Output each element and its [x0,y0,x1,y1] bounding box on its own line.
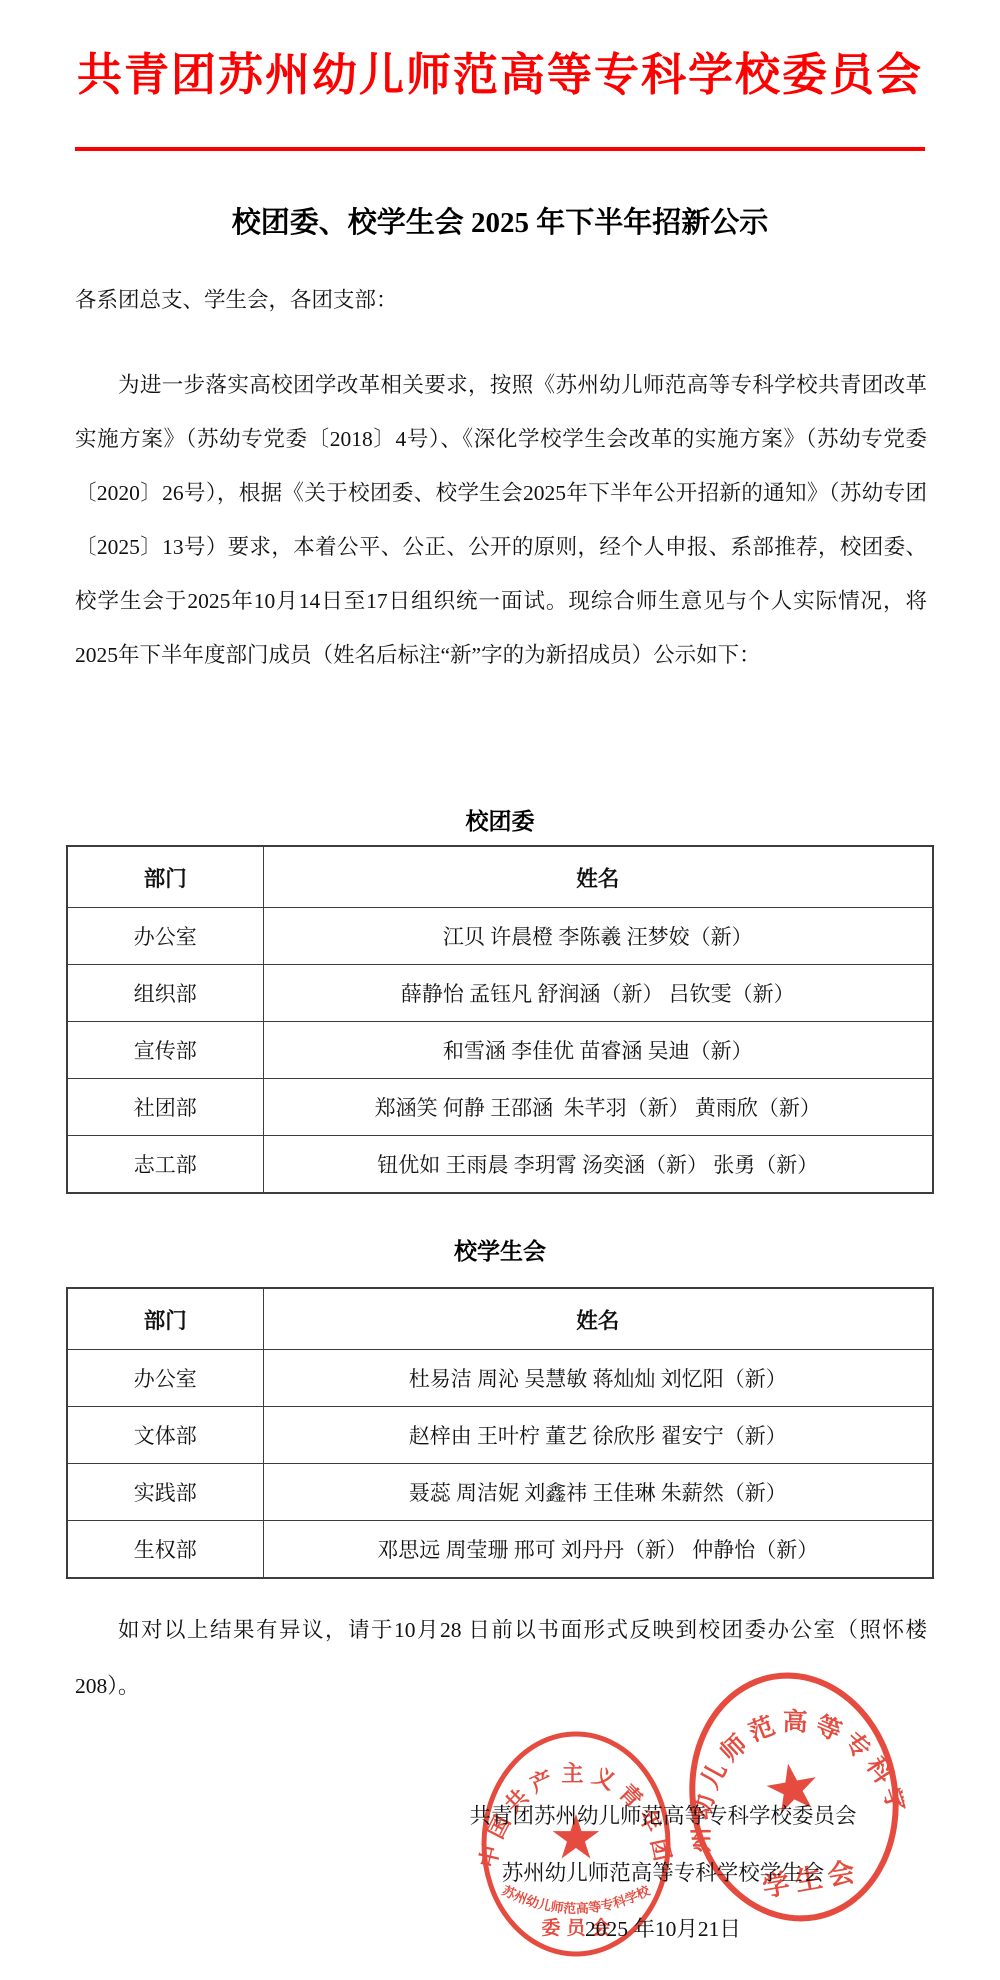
announcement-document: 共青团苏州幼儿师范高等专科学校委员会 校团委、校学生会 2025 年下半年招新公… [0,0,1000,1980]
letterhead-title: 共青团苏州幼儿师范高等专科学校委员会 [0,38,1000,103]
names-cell: 邓思远 周莹珊 邢可 刘丹丹（新） 仲静怡（新） [263,1521,933,1579]
table-header-row: 部门姓名 [67,1288,933,1350]
department-cell: 社团部 [67,1079,263,1136]
column-header: 部门 [67,1288,263,1350]
table-row: 志工部钮优如 王雨晨 李玥霄 汤奕涵（新） 张勇（新） [67,1136,933,1194]
table1-title: 校团委 [0,803,1000,836]
signature-org-line2: 苏州幼儿师范高等专科学校学生会 [330,1856,996,1887]
names-cell: 薛静怡 孟钰凡 舒润涵（新） 吕钦雯（新） [263,965,933,1022]
committee-roster-table: 部门姓名办公室江贝 许晨橙 李陈羲 汪梦姣（新）组织部薛静怡 孟钰凡 舒润涵（新… [66,845,934,1194]
table-header-row: 部门姓名 [67,846,933,908]
table-row: 办公室江贝 许晨橙 李陈羲 汪梦姣（新） [67,908,933,965]
department-cell: 组织部 [67,965,263,1022]
names-cell: 赵梓由 王叶柠 董艺 徐欣彤 翟安宁（新） [263,1407,933,1464]
department-cell: 文体部 [67,1407,263,1464]
salutation: 各系团总支、学生会，各团支部： [75,283,927,314]
column-header: 姓名 [263,846,933,908]
body-paragraph: 为进一步落实高校团学改革相关要求，按照《苏州幼儿师范高等专科学校共青团改革实施方… [75,358,927,682]
column-header: 姓名 [263,1288,933,1350]
student-union-seal: 苏州幼儿师范高等专科学校 ★ 学生会 [665,1651,923,1943]
document-title: 校团委、校学生会 2025 年下半年招新公示 [0,200,1000,241]
department-cell: 生权部 [67,1521,263,1579]
names-cell: 江贝 许晨橙 李陈羲 汪梦姣（新） [263,908,933,965]
table-row: 社团部郑涵笑 何静 王邵涵 朱芊羽（新） 黄雨欣（新） [67,1079,933,1136]
table2-title: 校学生会 [0,1233,1000,1266]
table-row: 办公室杜易洁 周沁 吴慧敏 蒋灿灿 刘忆阳（新） [67,1350,933,1407]
names-cell: 杜易洁 周沁 吴慧敏 蒋灿灿 刘忆阳（新） [263,1350,933,1407]
names-cell: 钮优如 王雨晨 李玥霄 汤奕涵（新） 张勇（新） [263,1136,933,1194]
names-cell: 聂蕊 周洁妮 刘鑫祎 王佳琳 朱薪然（新） [263,1464,933,1521]
names-cell: 郑涵笑 何静 王邵涵 朱芊羽（新） 黄雨欣（新） [263,1079,933,1136]
table-row: 宣传部和雪涵 李佳优 苗睿涵 吴迪（新） [67,1022,933,1079]
signature-org-line1: 共青团苏州幼儿师范高等专科学校委员会 [330,1799,996,1830]
table-row: 组织部薛静怡 孟钰凡 舒润涵（新） 吕钦雯（新） [67,965,933,1022]
letterhead-divider [75,147,925,151]
department-cell: 宣传部 [67,1022,263,1079]
department-cell: 办公室 [67,908,263,965]
table-row: 文体部赵梓由 王叶柠 董艺 徐欣彤 翟安宁（新） [67,1407,933,1464]
student-union-roster-table: 部门姓名办公室杜易洁 周沁 吴慧敏 蒋灿灿 刘忆阳（新）文体部赵梓由 王叶柠 董… [66,1287,934,1579]
department-cell: 志工部 [67,1136,263,1194]
names-cell: 和雪涵 李佳优 苗睿涵 吴迪（新） [263,1022,933,1079]
table-row: 生权部邓思远 周莹珊 邢可 刘丹丹（新） 仲静怡（新） [67,1521,933,1579]
column-header: 部门 [67,846,263,908]
department-cell: 实践部 [67,1464,263,1521]
signature-date: 2025 年10月21日 [330,1912,996,1943]
table-row: 实践部聂蕊 周洁妮 刘鑫祎 王佳琳 朱薪然（新） [67,1464,933,1521]
department-cell: 办公室 [67,1350,263,1407]
